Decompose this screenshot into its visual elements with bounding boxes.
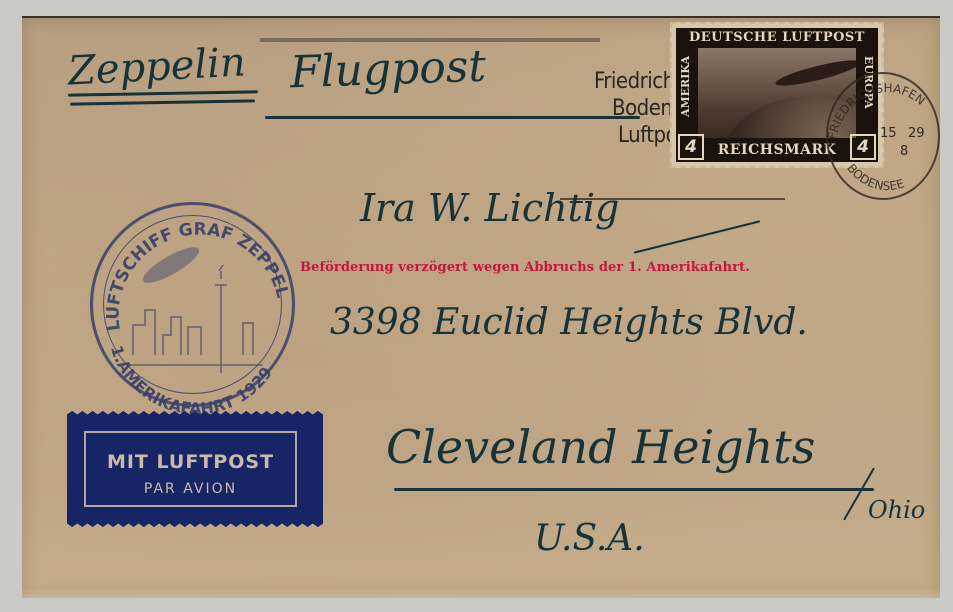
- airmail-label-frame: MIT LUFTPOST PAR AVION: [84, 431, 297, 507]
- handwritten-city: Cleveland Heights: [386, 420, 815, 474]
- airmail-label-line2: PAR AVION: [86, 481, 295, 497]
- delay-notice: Beförderung verzögert wegen Abbruchs der…: [300, 260, 750, 275]
- cachet-illustration-icon: [93, 205, 298, 410]
- stamp-top-text: DEUTSCHE LUFTPOST: [676, 30, 878, 45]
- handwritten-street: 3398 Euclid Heights Blvd.: [330, 302, 808, 343]
- stamp-left-text: AMERIKA: [679, 56, 692, 117]
- postmark-date-year: 29: [908, 126, 925, 141]
- stamp-value-left: 4: [678, 134, 704, 160]
- handwritten-state: Ohio: [868, 496, 925, 524]
- airmail-label: MIT LUFTPOST PAR AVION: [67, 411, 323, 527]
- handwritten-addressee: Ira W. Lichtig: [360, 186, 619, 230]
- zeppelin-cachet: [90, 202, 295, 407]
- handwritten-zeppelin: Zeppelin: [67, 39, 247, 94]
- postmark-time: 8: [900, 144, 908, 159]
- zeppelin-icon: [774, 56, 856, 91]
- postmark-date-day: 15: [880, 126, 897, 141]
- city-underline: [394, 488, 874, 491]
- cancel-bar-top: [260, 38, 600, 42]
- underline-flugpost: [265, 116, 640, 119]
- airmail-label-line1: MIT LUFTPOST: [86, 451, 295, 473]
- handwritten-country: U.S.A.: [534, 518, 645, 559]
- handwritten-flugpost: Flugpost: [289, 41, 487, 99]
